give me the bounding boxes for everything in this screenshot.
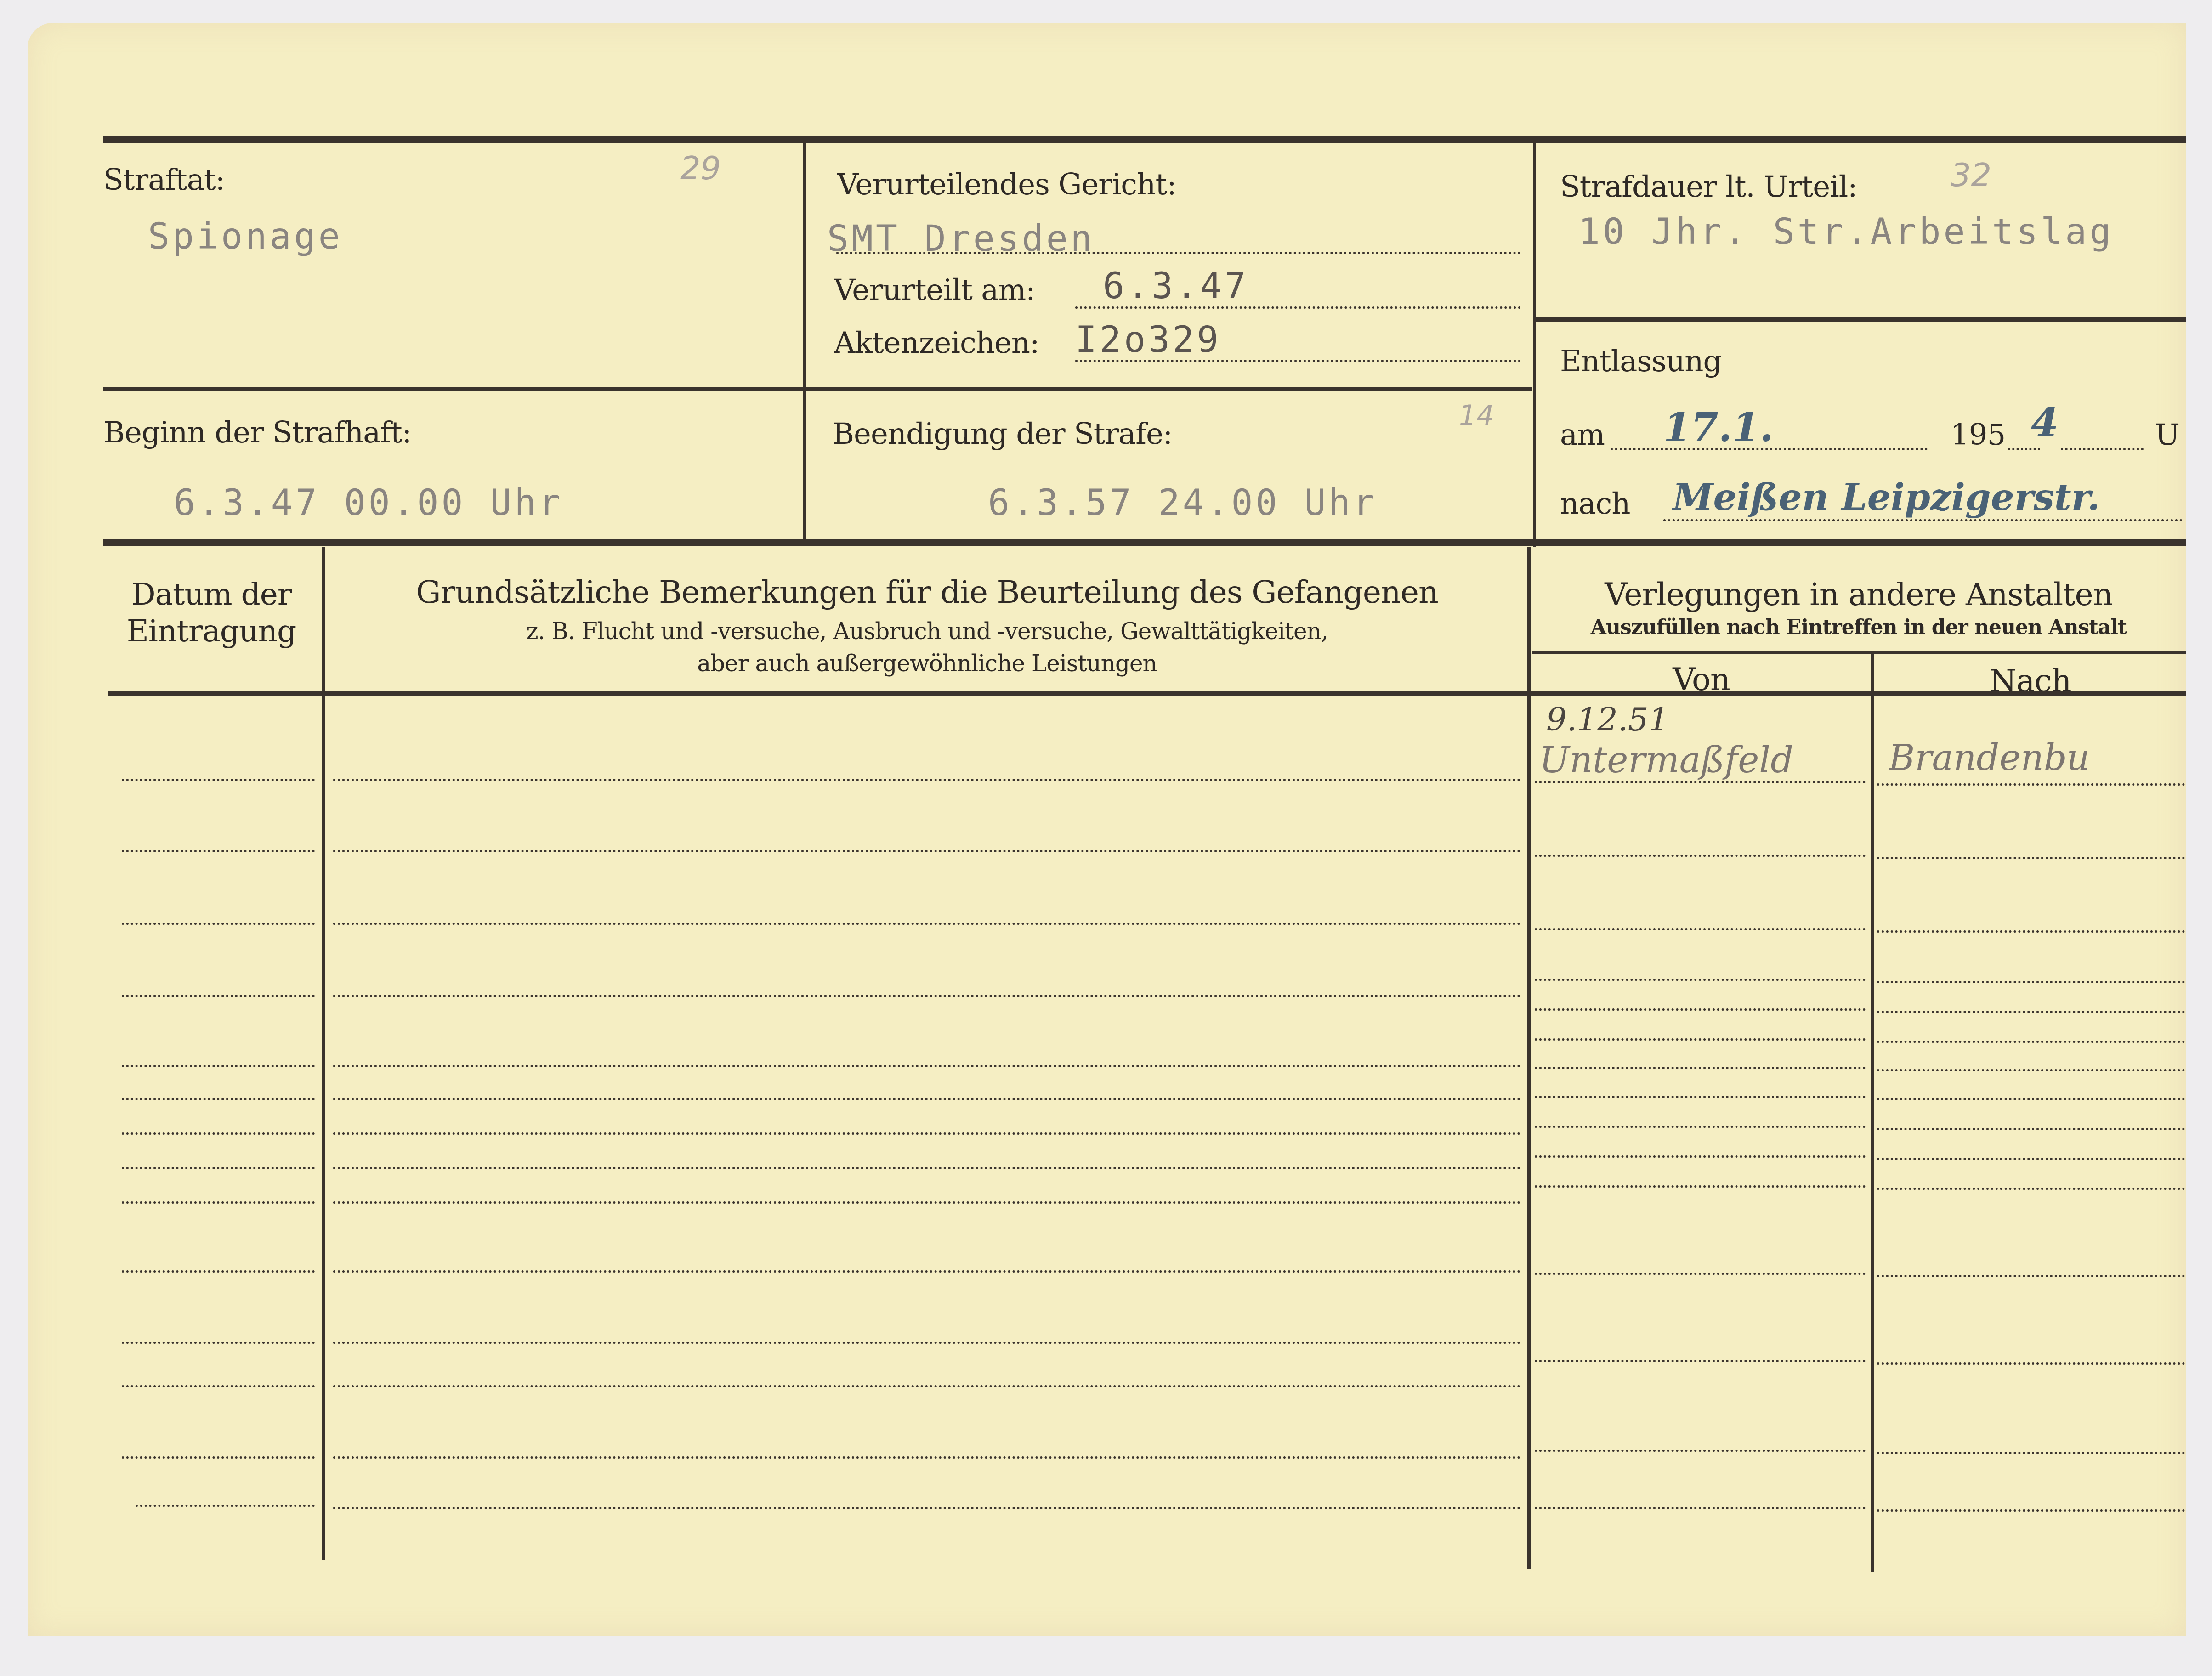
row-12-datum-line [122, 1385, 315, 1387]
straftat-label: Straftat: [103, 163, 225, 197]
row-9-nach-line [1877, 1128, 2185, 1130]
strafdauer-value: 10 Jhr. Str.Arbeitslag [1578, 211, 2185, 253]
entlassung-nach-value: Meißen Leipzigerstr. [1673, 476, 2100, 519]
row-4-datum-line [122, 995, 315, 997]
row-3-nach-line [1877, 930, 2185, 933]
row-4-bemerkung-line [333, 995, 1521, 997]
gericht-dotted-line [836, 252, 1521, 254]
row-1-von-date: 9.12.51 [1546, 701, 1669, 738]
row-3-von-line [1535, 928, 1866, 930]
divider-von-nach [1871, 653, 1874, 1572]
entlassung-year-prefix: 195 [1951, 418, 2005, 452]
straftat-value: Spionage [148, 216, 343, 257]
record-card: Straftat: Spionage 29 Verurteilendes Ger… [28, 23, 2186, 1636]
row-7-nach-line [1877, 1069, 2185, 1071]
row-9-datum-line [122, 1201, 315, 1204]
row-1-bemerkung-line [333, 779, 1521, 781]
row-8-nach-line [1877, 1098, 2185, 1100]
beginn-value: 6.3.47 00.00 Uhr [174, 482, 563, 524]
divider-top-2 [1533, 142, 1536, 547]
entlassung-trailing-dotted-line [2061, 448, 2144, 450]
row-10-von-line [1535, 1155, 1866, 1158]
rule-strafdauer-bottom [1536, 317, 2186, 322]
aktenzeichen-value: I2o329 [1075, 319, 1221, 361]
header-verlegungen-sub: Auszufüllen nach Eintreffen in der neuen… [1532, 616, 2185, 639]
strafdauer-label: Strafdauer lt. Urteil: [1560, 170, 1857, 204]
entlassung-year-dotted-line [2008, 448, 2040, 450]
row-4-von-line [1535, 979, 1866, 981]
pencil-mark-29: 29 [680, 149, 721, 187]
divider-datum [322, 547, 325, 1560]
entlassung-am-label: am [1560, 418, 1605, 452]
row-14-datum-line [136, 1505, 315, 1507]
row-4-nach-line [1877, 981, 2185, 983]
row-7-bemerkung-line [333, 1132, 1521, 1135]
row-10-bemerkung-line [333, 1270, 1521, 1273]
row-6-nach-line [1877, 1041, 2185, 1043]
table-header-bottom-rule [108, 691, 2186, 696]
header-datum-line1: Datum der [103, 577, 319, 612]
row-8-bemerkung-line [333, 1167, 1521, 1169]
row-5-bemerkung-line [333, 1065, 1521, 1067]
row-7-datum-line [122, 1132, 315, 1135]
row-11-von-line [1535, 1185, 1866, 1188]
verurteilt-dotted-line [1075, 306, 1521, 309]
row-2-bemerkung-line [333, 850, 1521, 852]
row-11-datum-line [122, 1342, 315, 1344]
entlassung-nach-dotted-line [1663, 519, 2183, 521]
row-3-datum-line [122, 923, 315, 925]
row-14-von-line [1535, 1450, 1866, 1452]
row-5-datum-line [122, 1065, 315, 1067]
header-bemerkungen-sub1: z. B. Flucht und -versuche, Ausbruch und… [326, 618, 1528, 645]
row-2-von-line [1535, 855, 1866, 857]
row-10-datum-line [122, 1270, 315, 1273]
row-12-bemerkung-line [333, 1385, 1521, 1387]
row-6-von-line [1535, 1038, 1866, 1041]
gericht-label: Verurteilendes Gericht: [837, 168, 1176, 202]
divider-mid-1 [803, 393, 806, 540]
divider-bemerkungen [1527, 547, 1531, 1569]
row-1-datum-line [122, 779, 315, 781]
row-12-nach-line [1877, 1275, 2185, 1277]
aktenzeichen-label: Aktenzeichen: [834, 326, 1039, 360]
row-12-von-line [1535, 1273, 1866, 1275]
row-11-nach-line [1877, 1188, 2185, 1190]
beginn-label: Beginn der Strafhaft: [103, 416, 411, 450]
entlassung-nach-label: nach [1560, 487, 1630, 521]
header-verlegungen-title: Verlegungen in andere Anstalten [1532, 577, 2185, 613]
row-11-bemerkung-line [333, 1342, 1521, 1344]
header-bemerkungen-title: Grundsätzliche Bemerkungen für die Beurt… [326, 574, 1528, 611]
beendigung-label: Beendigung der Strafe: [833, 417, 1172, 451]
row-7-von-line [1535, 1067, 1866, 1069]
row-15-nach-line [1877, 1509, 2185, 1512]
row-13-von-line [1535, 1360, 1866, 1362]
entlassung-label: Entlassung [1560, 345, 1721, 379]
verlegungen-subheader-rule [1532, 651, 2186, 654]
row-13-datum-line [122, 1456, 315, 1459]
row-15-von-line [1535, 1507, 1866, 1509]
row-6-datum-line [122, 1098, 315, 1100]
row-1-von-line [1535, 781, 1866, 783]
row-1-nach-line [1877, 783, 2185, 786]
row-9-bemerkung-line [333, 1201, 1521, 1204]
top-rule [103, 136, 2186, 143]
row-13-bemerkung-line [333, 1456, 1521, 1459]
beendigung-value: 6.3.57 24.00 Uhr [988, 482, 1377, 524]
row-6-bemerkung-line [333, 1098, 1521, 1100]
row-9-von-line [1535, 1126, 1866, 1128]
verurteilt-am-label: Verurteilt am: [834, 273, 1035, 307]
row-5-von-line [1535, 1008, 1866, 1011]
pencil-mark-14: 14 [1459, 400, 1494, 432]
header-datum-line2: Eintragung [103, 613, 319, 649]
table-top-rule [103, 539, 2186, 546]
row-14-bemerkung-line [333, 1507, 1521, 1509]
row-2-nach-line [1877, 857, 2185, 859]
row-5-nach-line [1877, 1011, 2185, 1013]
header-bemerkungen-sub2: aber auch außergewöhnliche Leistungen [326, 650, 1528, 677]
row-14-nach-line [1877, 1452, 2185, 1454]
entlassung-year-suffix: 4 [2031, 400, 2059, 446]
row-1-nach-value: Brandenbu [1889, 737, 2183, 779]
divider-top-1 [803, 142, 806, 409]
row-8-von-line [1535, 1096, 1866, 1098]
rule-mid-left [103, 387, 1532, 391]
aktenzeichen-dotted-line [1075, 360, 1521, 362]
row-1-von-value: Untermaßfeld [1539, 740, 1793, 781]
row-8-datum-line [122, 1167, 315, 1169]
row-2-datum-line [122, 850, 315, 852]
entlassung-am-value: 17.1. [1663, 404, 1773, 451]
row-3-bemerkung-line [333, 923, 1521, 925]
pencil-mark-32: 32 [1951, 156, 1991, 194]
verurteilt-am-value: 6.3.47 [1103, 266, 1249, 307]
row-10-nach-line [1877, 1158, 2185, 1160]
row-13-nach-line [1877, 1362, 2185, 1365]
entlassung-trailing-label: U [2155, 418, 2179, 452]
